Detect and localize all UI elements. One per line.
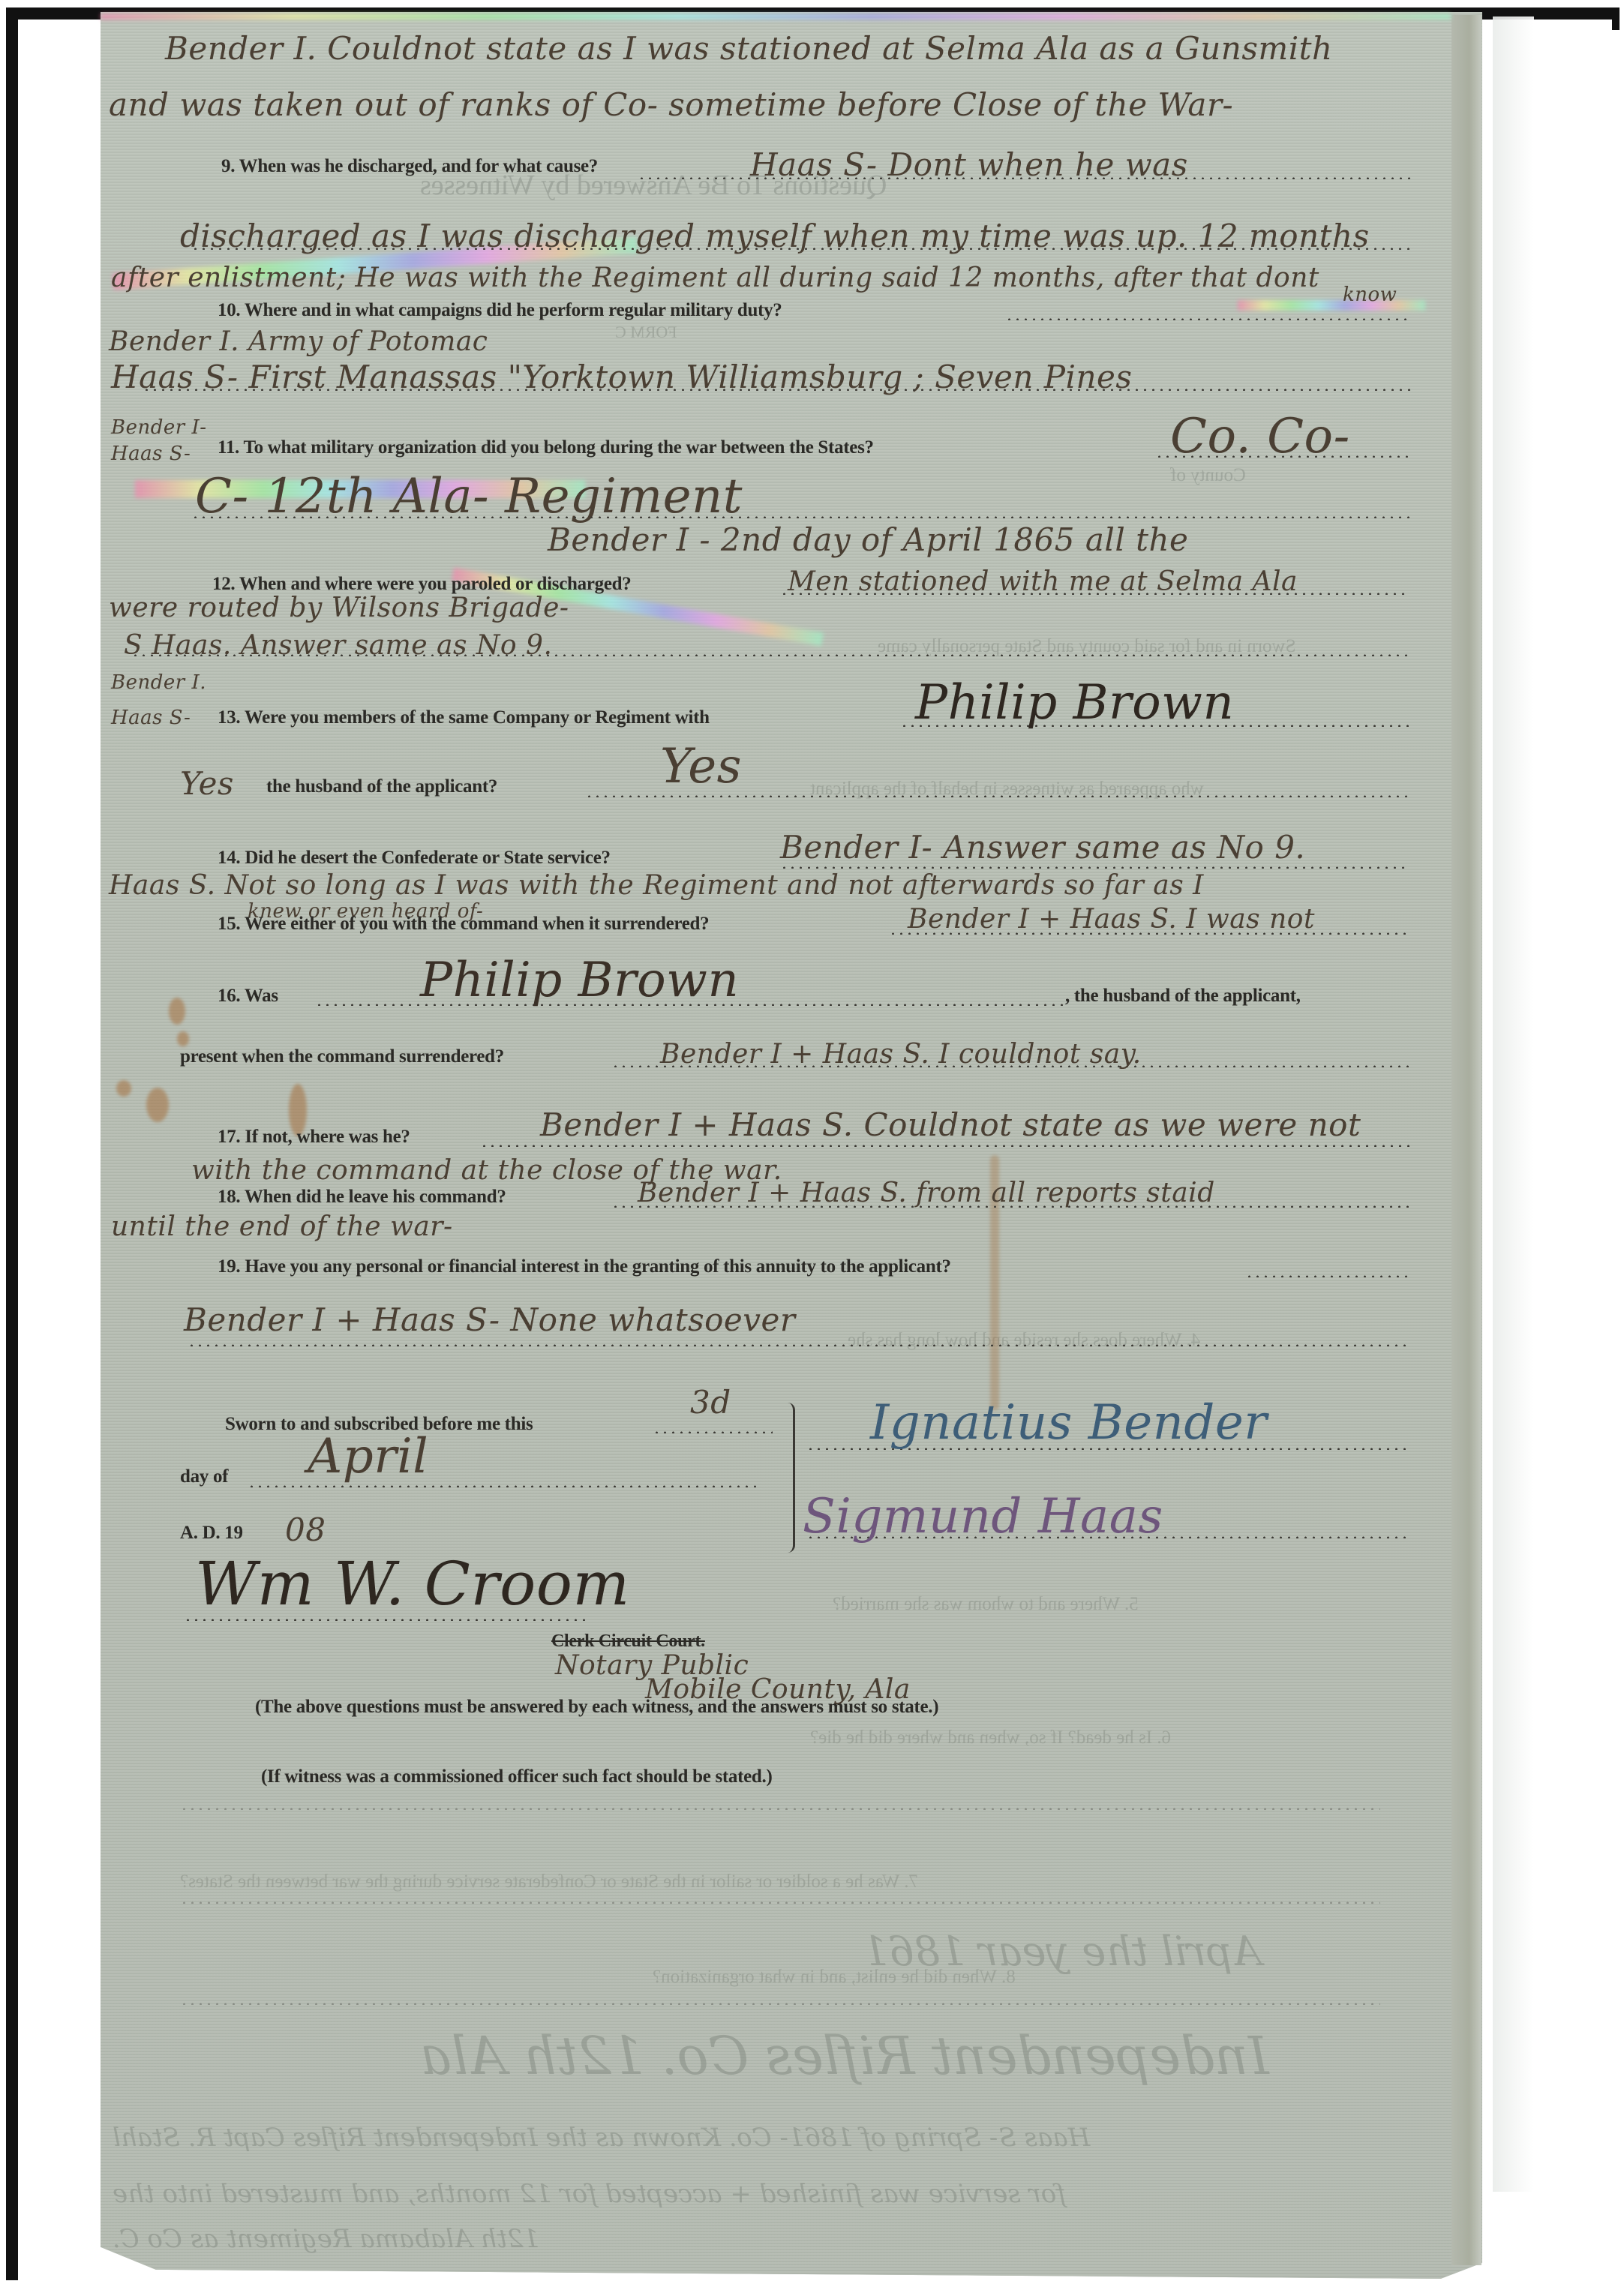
q18-number: 18. <box>218 1187 240 1207</box>
q14-answer-line-1: Bender I- Answer same as No 9. <box>780 829 1305 866</box>
signature-line <box>184 1619 589 1621</box>
rust-stain <box>169 998 185 1025</box>
q12-question: 12. When and where were you paroled or d… <box>212 574 631 595</box>
q12-answer-line-2: Men stationed with me at Selma Ala <box>788 566 1298 597</box>
q13-name-philip-brown: Philip Brown <box>915 675 1234 731</box>
q19-answer: Bender I + Haas S- None whatsoever <box>184 1301 795 1338</box>
answer-line <box>191 248 1410 250</box>
printed-title-struck: Clerk Circuit Court. <box>551 1631 705 1652</box>
q17-text: If not, where was he? <box>245 1127 410 1147</box>
q19-question: 19. Have you any personal or financial i… <box>218 1256 951 1277</box>
signature-brace <box>782 1403 795 1553</box>
q11-text: To what military organization did you be… <box>243 437 873 458</box>
q12-number: 12. <box>212 574 235 594</box>
q10-question: 10. Where and in what campaigns did he p… <box>218 300 782 321</box>
q16-continuation: present when the command surrendered? <box>180 1046 504 1067</box>
q9-number: 9. <box>221 156 235 176</box>
bleed-through-line: 7. Was he a soldier or sailor in the Sta… <box>180 1871 918 1892</box>
jurat-day-of-label: day of <box>180 1466 228 1487</box>
jurat-year-value: 08 <box>285 1511 326 1548</box>
q14-answer-line-2: Haas S. Not so long as I was with the Re… <box>109 870 1204 901</box>
bleed-through-line: 4. Where does she reside and how long ha… <box>848 1330 1200 1351</box>
q18-answer-line-1: Bender I + Haas S. from all reports stai… <box>638 1178 1215 1208</box>
q17-question: 17. If not, where was he? <box>218 1127 410 1148</box>
q9-question: 9. When was he discharged, and for what … <box>221 156 598 177</box>
sleeve-reflection <box>101 14 1451 20</box>
bleed-through-handwriting: Haas S- Spring of 1861- Co. Known as the… <box>113 2123 1090 2153</box>
q18-text: When did he leave his command? <box>245 1187 506 1207</box>
q13-text: Were you members of the same Company or … <box>245 707 710 728</box>
instruction-each-witness: (The above questions must be answered by… <box>255 1697 938 1718</box>
q13-margin-label-haas: Haas S- <box>111 707 191 729</box>
q18-answer-line-2: until the end of the war- <box>111 1211 453 1242</box>
answer-line <box>585 795 1410 797</box>
bleed-through-handwriting: April the year 1861 <box>863 1928 1262 1975</box>
scanner-frame-left <box>6 8 18 2280</box>
answer-line <box>143 389 1410 391</box>
answer-line <box>780 866 1410 869</box>
q13-continuation: the husband of the applicant? <box>266 776 497 797</box>
q15-answer: Bender I + Haas S. I was not <box>908 904 1315 935</box>
q17-answer-line-1: Bender I + Haas S. Couldnot state as we … <box>540 1106 1361 1143</box>
q15-question: 15. Were either of you with the command … <box>218 914 709 935</box>
answer-line <box>653 1431 773 1433</box>
q11-question: 11. To what military organization did yo… <box>218 437 874 458</box>
q12-text: When and where were you paroled or disch… <box>239 574 632 594</box>
q17-number: 17. <box>218 1127 240 1147</box>
witness-signature-bender: Ignatius Bender <box>870 1395 1267 1451</box>
q11-answer-bender: Co. Co- <box>1170 409 1350 464</box>
bleed-through-line: County of <box>1170 465 1246 486</box>
q16-answer: Bender I + Haas S. I couldnot say. <box>660 1039 1142 1070</box>
bleed-through-line: 6. Is he dead? If so, when and where did… <box>810 1727 1171 1748</box>
plastic-sleeve <box>1493 17 1534 2192</box>
bleed-through-line: 5. Where and to whom was she married? <box>833 1594 1139 1615</box>
q12-answer-line-1: Bender I - 2nd day of April 1865 all the <box>548 521 1188 558</box>
rust-stain <box>116 1080 131 1097</box>
scanner-frame-right <box>1612 8 1619 30</box>
q8-answer-line-1: Bender I. Couldnot state as I was statio… <box>165 30 1333 67</box>
instruction-commissioned-officer: (If witness was a commissioned officer s… <box>261 1766 773 1787</box>
rust-stain <box>177 1031 189 1046</box>
answer-line <box>480 1145 1410 1147</box>
q15-number: 15. <box>218 914 240 934</box>
q15-text: Were either of you with the command when… <box>245 914 710 934</box>
jurat-month-value: April <box>308 1429 428 1484</box>
jurat-day-value: 3d <box>690 1384 731 1421</box>
bleed-through-dotted-line <box>180 1901 1380 1904</box>
q11-margin-label-bender: Bender I- <box>111 416 207 439</box>
q10-answer-line-1: Bender I. Army of Potomac <box>109 326 488 357</box>
q14-number: 14. <box>218 848 240 868</box>
q14-text: Did he desert the Confederate or State s… <box>245 848 610 868</box>
answer-line <box>191 516 1410 518</box>
rust-stain <box>146 1088 169 1122</box>
q13-answer-bender: Yes <box>180 765 234 802</box>
q9-text: When was he discharged, and for what cau… <box>239 156 598 176</box>
q11-number: 11. <box>218 437 239 458</box>
bleed-through-handwriting: Independent Rifles Co. 12th Ala <box>420 2025 1269 2087</box>
q16-name-philip-brown: Philip Brown <box>420 953 739 1008</box>
bleed-through-handwriting: for service was finished + accepted for … <box>113 2179 1066 2209</box>
answer-line <box>1245 1275 1410 1277</box>
paper-fold-edge <box>1451 15 1481 2265</box>
q18-question: 18. When did he leave his command? <box>218 1187 506 1208</box>
answer-line <box>248 1485 758 1487</box>
bleed-through-dotted-line <box>180 2003 1380 2005</box>
q10-number: 10. <box>218 300 240 320</box>
answer-line <box>188 1344 1410 1346</box>
q13-number: 13. <box>218 707 240 728</box>
q16-question-suffix: , the husband of the applicant, <box>1065 986 1301 1007</box>
jurat-ad-label: A. D. 19 <box>180 1523 243 1544</box>
q11-margin-label-haas: Haas S- <box>111 443 191 465</box>
q16-question-prefix: 16. Was <box>218 986 278 1007</box>
sleeve-reflection <box>1238 300 1425 311</box>
q10-text: Where and in what campaigns did he perfo… <box>245 300 782 320</box>
q9-answer-line-3: after enlistment; He was with the Regime… <box>111 263 1319 293</box>
q13-question: 13. Were you members of the same Company… <box>218 707 710 728</box>
q9-answer-line-4: know <box>1343 284 1397 306</box>
q13-margin-label-bender: Bender I. <box>111 671 206 694</box>
answer-line <box>1005 318 1410 320</box>
bleed-through-dotted-line <box>180 1808 1380 1810</box>
bleed-through-form-label: FORM C <box>615 323 677 342</box>
q8-answer-line-2: and was taken out of ranks of Co- someti… <box>109 86 1233 123</box>
q16-text-before: Was <box>245 986 278 1006</box>
q12-answer-line-3: were routed by Wilsons Brigade- <box>109 593 569 623</box>
q19-text: Have you any personal or financial inter… <box>245 1256 950 1277</box>
bleed-through-handwriting: 12th Alabama Regiment as Co C. <box>113 2224 539 2254</box>
q9-answer-line-1: Haas S- Dont when he was <box>750 146 1188 183</box>
q14-question: 14. Did he desert the Confederate or Sta… <box>218 848 611 869</box>
q19-number: 19. <box>218 1256 240 1277</box>
witness-signature-haas: Sigmund Haas <box>803 1489 1163 1544</box>
q16-number: 16. <box>218 986 240 1006</box>
answer-line <box>131 654 1410 656</box>
notary-signature: Wm W. Croom <box>195 1549 630 1619</box>
q13-answer-haas: Yes <box>660 739 742 794</box>
